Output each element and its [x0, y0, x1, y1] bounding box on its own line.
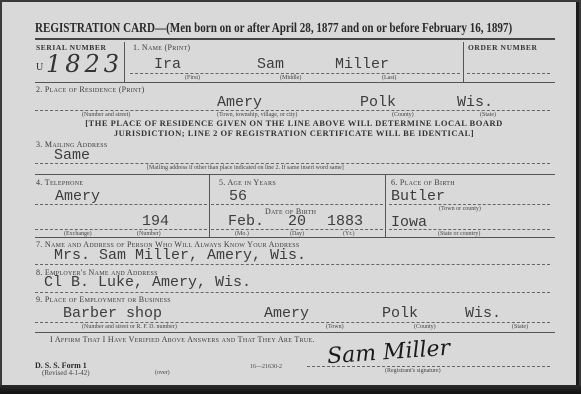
residence-county-value: Polk — [360, 94, 396, 111]
serial-number-value: 1823 — [46, 50, 123, 78]
order-number-label: ORDER NUMBER — [468, 43, 538, 52]
employment-state-sub: (State) — [512, 324, 528, 330]
divider — [211, 229, 383, 230]
affirmation-text: I Affirm That I Have Verified Above Answ… — [50, 335, 315, 344]
jurisdiction-notice-line1: [THE PLACE OF RESIDENCE GIVEN ON THE LIN… — [40, 118, 548, 128]
residence-town-value: Amery — [217, 94, 262, 111]
order-number-field — [467, 73, 550, 74]
age-value: 56 — [229, 188, 247, 205]
telephone-label: 4. Telephone — [36, 178, 83, 187]
employment-county-sub: (County) — [414, 324, 436, 330]
divider — [35, 38, 555, 40]
divider — [35, 332, 555, 333]
first-sub: (First) — [185, 75, 200, 81]
residence-label: 2. Place of Residence (Print) — [36, 85, 145, 94]
telephone-number-value: 194 — [142, 213, 169, 230]
form-code: 16—21630-2 — [250, 364, 282, 370]
middle-name-value: Sam — [257, 56, 284, 73]
signature-sub: (Registrant's signature) — [385, 368, 441, 374]
employment-street-sub: (Number and street or R. F. D. number) — [82, 324, 177, 330]
first-name-value: Ira — [154, 56, 181, 73]
age-label: 5. Age in Years — [219, 178, 276, 187]
divider — [130, 73, 460, 74]
employment-state-value: Wis. — [465, 305, 501, 322]
birth-month-value: Feb. — [228, 213, 264, 230]
divider — [35, 292, 550, 293]
divider — [385, 174, 386, 237]
registration-card: REGISTRATION CARD—(Men born on or after … — [2, 2, 579, 385]
divider — [35, 110, 550, 111]
scan-edge — [0, 385, 581, 394]
registrant-signature: Sam Miller — [326, 336, 451, 370]
jurisdiction-notice-line2: JURISDICTION; LINE 2 OF REGISTRATION CER… — [40, 128, 548, 138]
divider — [35, 322, 550, 323]
divider — [35, 204, 207, 205]
residence-state-value: Wis. — [457, 94, 493, 111]
form-revised: (Revised 4-1-42) — [42, 369, 90, 377]
birth-day-value: 20 — [288, 213, 306, 230]
middle-sub: (Middle) — [280, 75, 301, 81]
birthplace-label: 6. Place of Birth — [391, 178, 455, 187]
divider — [35, 237, 555, 238]
divider — [389, 229, 550, 230]
employment-town-value: Amery — [264, 305, 309, 322]
divider — [124, 42, 125, 82]
last-sub: (Last) — [382, 75, 396, 81]
contact-value: Mrs. Sam Miller, Amery, Wis. — [54, 247, 306, 264]
mailing-address-sub: [Mailing address if other than place ind… — [147, 165, 344, 171]
birth-year-value: 1883 — [327, 213, 363, 230]
divider — [211, 204, 383, 205]
name-label: 1. Name (Print) — [133, 43, 190, 52]
form-over: (over) — [155, 370, 170, 376]
signature-line — [307, 366, 550, 367]
employer-value: Cl B. Luke, Amery, Wis. — [44, 274, 251, 291]
divider — [35, 264, 550, 265]
card-title: REGISTRATION CARD—(Men born on or after … — [35, 20, 512, 36]
employment-label: 9. Place of Employment or Business — [36, 295, 171, 304]
employment-town-sub: (Town) — [326, 324, 344, 330]
last-name-value: Miller — [335, 56, 389, 73]
divider — [209, 174, 210, 237]
divider — [35, 82, 555, 83]
serial-prefix: U — [36, 62, 43, 73]
employment-county-value: Polk — [382, 305, 418, 322]
divider — [389, 204, 550, 205]
divider — [35, 229, 207, 230]
birth-town-sub: (Town or county) — [439, 206, 481, 212]
birth-town-value: Butler — [391, 188, 445, 205]
telephone-exchange-value: Amery — [55, 188, 100, 205]
employment-street-value: Barber shop — [63, 305, 162, 322]
divider — [35, 163, 550, 164]
divider — [463, 42, 464, 82]
divider — [35, 174, 555, 175]
mailing-address-value: Same — [54, 147, 90, 164]
